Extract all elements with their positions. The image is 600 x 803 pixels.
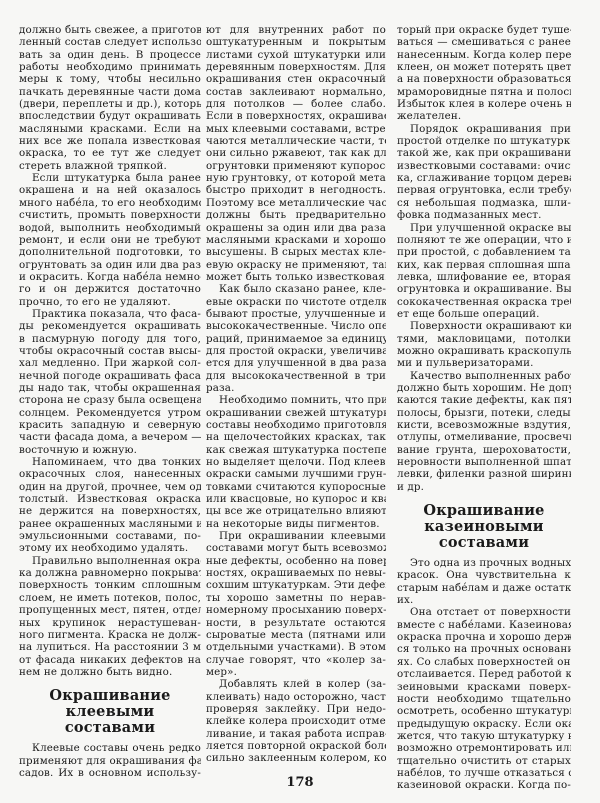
text-line: ную грунтовку, от которой металл: [206, 172, 386, 184]
paragraph: Практика показала, что фаса-ды рекоменду…: [19, 308, 201, 456]
text-line: торый при окраске будет туше-: [397, 24, 571, 36]
text-line: деревянным поверхностям. Для: [206, 61, 386, 73]
section-heading: Окрашиваниеказеиновыми составами: [397, 503, 571, 551]
text-line: в пасмурную погоду для того,: [19, 333, 201, 345]
paragraph: должно быть свежее, а приготов-ленный со…: [19, 24, 201, 172]
text-column-1: должно быть свежее, а приготов-ленный со…: [19, 24, 201, 779]
text-line: эмульсионными составами, по-: [19, 530, 201, 542]
text-line: а на поверхности образоваться: [397, 73, 571, 85]
text-line: окрашена и на ней оказалось: [19, 184, 201, 196]
text-line: может быть только известковая.: [206, 271, 386, 283]
text-line: их.: [397, 594, 571, 606]
text-line: отдельными участками). В этом: [206, 641, 386, 653]
text-line: первая огрунтовка, если требует-: [397, 184, 571, 196]
text-line: ях. Со слабых поверхностей она: [397, 656, 571, 668]
text-line: Порядок окрашивания при: [397, 123, 571, 135]
paragraph: При окрашивании клеевымисоставами могут …: [206, 530, 386, 678]
text-line: при простой, с добавлением та-: [397, 246, 571, 258]
text-line: не держится на поверхностях,: [19, 505, 201, 517]
text-line: высушены. В сырых местах кле-: [206, 246, 386, 258]
text-line: масляными красками и хорошо: [206, 234, 386, 246]
text-line: ных крупинок нерастушеван-: [19, 617, 201, 629]
text-line: окрасочных слоя, нанесенных: [19, 468, 201, 480]
text-line: неровности выполненной шпат-: [397, 456, 571, 468]
text-line: Практика показала, что фаса-: [19, 308, 201, 320]
text-line: такой же, как при окрашивании: [397, 147, 571, 159]
text-line: Она отстает от поверхности: [397, 606, 571, 618]
text-line: и окрасить. Когда набéла немно-: [19, 271, 201, 283]
text-line: для потолков — более слабо.: [206, 98, 386, 110]
heading-line: Окрашивание клеевыми: [19, 688, 201, 720]
text-line: тями, макловицами, потолки: [397, 333, 571, 345]
paragraph: торый при окраске будет туше-ваться — см…: [397, 24, 571, 123]
text-line: быстро приходит в негодность.: [206, 184, 386, 196]
paragraph: Правильно выполненная окрас-ка должна ра…: [19, 555, 201, 678]
text-line: Необходимо помнить, что при: [206, 394, 386, 406]
text-line: отлупы, отмеливание, просвечи-: [397, 431, 571, 443]
paragraph: Напоминаем, что два тонкихокрасочных сло…: [19, 456, 201, 555]
paragraph: Если штукатурка была ранееокрашена и на …: [19, 172, 201, 308]
text-line: клейке колера происходит отме-: [206, 715, 386, 727]
text-line: окрашены за один или два раза: [206, 222, 386, 234]
heading-line: Окрашивание: [397, 503, 571, 519]
text-line: толстый. Известковая окраска: [19, 493, 201, 505]
text-line: Напоминаем, что два тонких: [19, 456, 201, 468]
text-line: слоем, не иметь потеков, полос,: [19, 592, 201, 604]
text-line: от фасада никаких дефектов на: [19, 654, 201, 666]
text-line: простой отделке по штукатурке: [397, 135, 571, 147]
text-line: окрашивания стен окрасочный: [206, 73, 386, 85]
text-line: кисти, всевозможные вздутия,: [397, 419, 571, 431]
text-line: окрашивании свежей штукатурки: [206, 407, 386, 419]
section-heading: Окрашивание клеевымисоставами: [19, 688, 201, 736]
text-line: ности необходимо тщательно: [397, 693, 571, 705]
text-line: должны быть предварительно: [206, 209, 386, 221]
text-line: ют для внутренних работ по: [206, 24, 386, 36]
text-line: ливание, и такая работа исправ-: [206, 728, 386, 740]
text-line: ностях, окрашиваемых по невы-: [206, 567, 386, 579]
text-line: мраморовидные пятна и полосы.: [397, 86, 571, 98]
text-line: ды рекомендуется окрашивать: [19, 320, 201, 332]
text-line: ется для улучшенной в два раза,: [206, 357, 386, 369]
text-line: Как было сказано ранее, кле-: [206, 283, 386, 295]
text-line: товками считаются купоросные: [206, 481, 386, 493]
text-line: клеен, он может потерять цвет,: [397, 61, 571, 73]
text-line: проверяя заклейку. При недо-: [206, 703, 386, 715]
text-line: известковыми составами: очист-: [397, 160, 571, 172]
text-line: применяют для окрашивания фа-: [19, 755, 201, 767]
text-line: один на другой, прочнее, чем один: [19, 481, 201, 493]
text-line: этому их необходимо удалять.: [19, 542, 201, 554]
text-line: клеивать) надо осторожно, часто: [206, 691, 386, 703]
text-line: состав заклеивают нормально,: [206, 86, 386, 98]
text-line: старым набéлам и даже остаткам: [397, 582, 571, 594]
paragraph: Необходимо помнить, что приокрашивании с…: [206, 394, 386, 530]
text-line: хал медленно. При жаркой сол-: [19, 357, 201, 369]
paragraph: Она отстает от поверхностивместе с набéл…: [397, 606, 571, 791]
text-line: ности, в результате остаются: [206, 617, 386, 629]
text-line: как свежая штукатурка постепен-: [206, 444, 386, 456]
text-line: предыдущую окраску. Если ока-: [397, 718, 571, 730]
text-line: для простой окраски, увеличива-: [206, 345, 386, 357]
text-line: но выделяет щелочи. Под клеевые: [206, 456, 386, 468]
paragraph: Поверхности окрашивают кис-тями, маклови…: [397, 320, 571, 369]
text-line: листами сухой штукатурки или: [206, 49, 386, 61]
text-line: огрунтовка и окрашивание. Вы-: [397, 283, 571, 295]
text-line: евые окраски по чистоте отделки: [206, 296, 386, 308]
text-line: стереть влажной тряпкой.: [19, 160, 201, 172]
text-line: ваться — смешиваться с ранее: [397, 36, 571, 48]
text-line: окраска прочна и хорошо держит-: [397, 631, 571, 643]
text-line: Поэтому все металлические части: [206, 197, 386, 209]
text-line: возможно отремонтировать или: [397, 742, 571, 754]
text-line: левка, шлифование ее, вторая: [397, 271, 571, 283]
text-line: чаются металлические части, то: [206, 135, 386, 147]
text-line: работы необходимо принимать: [19, 61, 201, 73]
paragraph: Это одна из прочных водныхкрасок. Она чу…: [397, 557, 571, 606]
text-line: ремонт, и если они не требуют: [19, 234, 201, 246]
text-line: пачкать деревянные части дома: [19, 86, 201, 98]
text-line: фовка подмазанных мест.: [397, 209, 571, 221]
text-line: вание грунта, шероховатости,: [397, 444, 571, 456]
text-line: номерному просыханию поверх-: [206, 604, 386, 616]
text-line: красить западную и северную: [19, 419, 201, 431]
text-line: пропущенных мест, пятен, отдель-: [19, 604, 201, 616]
text-line: нечной погоде окрашивать фаса-: [19, 370, 201, 382]
text-line: ка, сглаживание торцом дерева,: [397, 172, 571, 184]
text-line: ет еще больше операций.: [397, 308, 571, 320]
text-line: прочно, то его не удаляют.: [19, 296, 201, 308]
paragraph: Качество выполненных работдолжно быть хо…: [397, 370, 571, 493]
text-line: (двери, переплеты и др.), которые: [19, 98, 201, 110]
text-line: ми и пульверизаторами.: [397, 357, 571, 369]
text-line: ляется повторной окраской более: [206, 740, 386, 752]
heading-line: казеиновыми составами: [397, 519, 571, 551]
text-line: раций, принимаемое за единицу: [206, 333, 386, 345]
text-line: вать за один день. В процессе: [19, 49, 201, 61]
text-line: Правильно выполненная окрас-: [19, 555, 201, 567]
text-line: сильно заклеенным колером, ко-: [206, 752, 386, 764]
text-line: впоследствии будут окрашивать: [19, 110, 201, 122]
text-line: Если штукатурка была ранее: [19, 172, 201, 184]
text-line: они сильно ржавеют, так как для: [206, 147, 386, 159]
text-line: полосы, брызги, потеки, следы от: [397, 407, 571, 419]
text-line: зеиновыми красками поверх-: [397, 681, 571, 693]
paragraph: Клеевые составы очень редкоприменяют для…: [19, 742, 201, 779]
text-line: ранее окрашенных масляными и: [19, 518, 201, 530]
text-line: много набéла, то его необходимо: [19, 197, 201, 209]
paragraph: Порядок окрашивания припростой отделке п…: [397, 123, 571, 222]
text-line: красок. Она чувствительна к: [397, 569, 571, 581]
text-line: для высококачественной в три: [206, 370, 386, 382]
text-line: водой, выполнить необходимый: [19, 222, 201, 234]
text-line: ные дефекты, особенно на поверх-: [206, 555, 386, 567]
text-line: поверхность тонким сплошным: [19, 579, 201, 591]
text-line: При улучшенной окраске вы-: [397, 222, 571, 234]
text-line: сококачественная окраска требу-: [397, 296, 571, 308]
text-line: высококачественные. Число опе-: [206, 320, 386, 332]
text-line: евую окраску не применяют, там: [206, 259, 386, 271]
text-line: сохшим штукатуркам. Эти дефек-: [206, 579, 386, 591]
paragraph: Добавлять клей в колер (за-клеивать) над…: [206, 678, 386, 764]
text-line: на лупиться. На расстоянии 3 м: [19, 641, 201, 653]
text-line: огрунтовать за один или два раза: [19, 259, 201, 271]
text-line: ного пигмента. Краска не долж-: [19, 629, 201, 641]
text-line: нанесенным. Когда колер пере-: [397, 49, 571, 61]
text-line: окраски самыми лучшими грун-: [206, 468, 386, 480]
text-line: ся небольшая подмазка, шли-: [397, 197, 571, 209]
text-line: оштукатуренным и покрытым: [206, 36, 386, 48]
text-line: Качество выполненных работ: [397, 370, 571, 382]
text-line: ся только на прочных основани-: [397, 643, 571, 655]
text-line: на щелочестойких красках, так: [206, 431, 386, 443]
text-line: сторона не сразу была освещена: [19, 394, 201, 406]
text-line: Это одна из прочных водных: [397, 557, 571, 569]
text-line: нем не должно быть видно.: [19, 666, 201, 678]
text-line: ка должна равномерно покрывать: [19, 567, 201, 579]
text-line: должно быть свежее, а приготов-: [19, 24, 201, 36]
text-line: Избыток клея в колере очень не-: [397, 98, 571, 110]
text-column-3: торый при окраске будет туше-ваться — см…: [397, 24, 571, 792]
text-line: Клеевые составы очень редко: [19, 742, 201, 754]
text-line: левки, филенки разной ширины: [397, 468, 571, 480]
text-line: Поверхности окрашивают кис-: [397, 320, 571, 332]
text-line: счистить, промыть поверхности: [19, 209, 201, 221]
text-line: ды надо так, чтобы окрашенная: [19, 382, 201, 394]
text-line: масляными красками. Если на: [19, 123, 201, 135]
text-line: При окрашивании клеевыми: [206, 530, 386, 542]
text-line: должно быть хорошим. Не допус-: [397, 382, 571, 394]
text-line: тщательно очистить от старых: [397, 755, 571, 767]
text-line: на некоторые виды пигментов.: [206, 518, 386, 530]
text-line: цы все же отрицательно влияют: [206, 505, 386, 517]
text-line: меры к тому, чтобы несильно: [19, 73, 201, 85]
text-line: составами могут быть всевозмож-: [206, 542, 386, 554]
text-line: составы необходимо приготовлять: [206, 419, 386, 431]
paragraph: ют для внутренних работ пооштукатуренным…: [206, 24, 386, 283]
text-line: Добавлять клей в колер (за-: [206, 678, 386, 690]
text-line: жется, что такую штукатурку не-: [397, 730, 571, 742]
paragraph: При улучшенной окраске вы-полняют те же …: [397, 222, 571, 321]
text-column-2: ют для внутренних работ пооштукатуренным…: [206, 24, 386, 765]
heading-line: составами: [19, 720, 201, 736]
text-line: них все же попала известковая: [19, 135, 201, 147]
text-line: огрунтовки применяют купорос-: [206, 160, 386, 172]
text-line: мер».: [206, 666, 386, 678]
paragraph: Как было сказано ранее, кле-евые окраски…: [206, 283, 386, 394]
text-line: сыроватые места (пятнами или: [206, 629, 386, 641]
text-line: части фасада дома, а вечером —: [19, 431, 201, 443]
page-number: 178: [0, 775, 600, 790]
text-line: каются такие дефекты, как пятна,: [397, 394, 571, 406]
text-line: вместе с набéлами. Казеиновая: [397, 619, 571, 631]
text-line: чтобы окрасочный состав высы-: [19, 345, 201, 357]
text-line: раза.: [206, 382, 386, 394]
text-line: восточную и южную.: [19, 444, 201, 456]
text-line: отслаивается. Перед работой ка-: [397, 668, 571, 680]
text-line: дополнительной подготовки, то: [19, 246, 201, 258]
text-line: ты хорошо заметны по нерав-: [206, 592, 386, 604]
text-line: солнцем. Рекомендуется утром: [19, 407, 201, 419]
text-line: ленный состав следует использо-: [19, 36, 201, 48]
text-line: бывают простые, улучшенные и: [206, 308, 386, 320]
text-line: мых клеевыми составами, встре-: [206, 123, 386, 135]
text-line: Если в поверхностях, окрашивае-: [206, 110, 386, 122]
text-line: полняют те же операции, что и: [397, 234, 571, 246]
text-line: го и он держится достаточно: [19, 283, 201, 295]
text-line: случае говорят, что «колер за-: [206, 654, 386, 666]
text-line: окраска, то ее тут же следует: [19, 147, 201, 159]
text-line: осмотреть, особенно штукатурку и: [397, 705, 571, 717]
text-line: ких, как первая сплошная шпат-: [397, 259, 571, 271]
text-line: желателен.: [397, 110, 571, 122]
text-line: и др.: [397, 481, 571, 493]
text-line: можно окрашивать краскопульта-: [397, 345, 571, 357]
text-line: или квасцовые, но купорос и квас-: [206, 493, 386, 505]
